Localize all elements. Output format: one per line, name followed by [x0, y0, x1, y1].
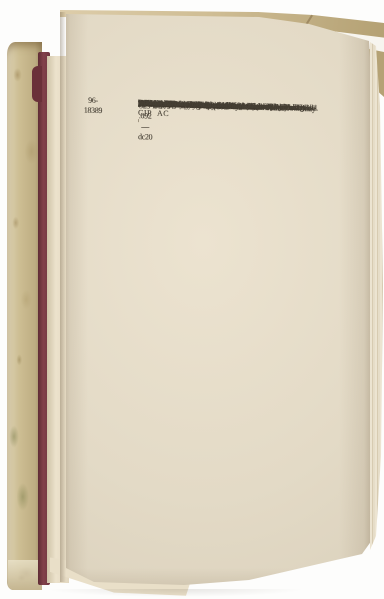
book-photo: Text copyright © 1996 by Rosa L. Parks J… [0, 0, 384, 599]
print-speck [138, 119, 139, 122]
loc-card-number: 96-18389 [84, 95, 102, 116]
maroon-board-bump [32, 66, 42, 102]
gutter-shadow [60, 12, 66, 582]
book-shadow [45, 589, 305, 597]
cover-board-edge [7, 42, 42, 590]
fore-edge-pages [370, 36, 384, 556]
cover-wear [8, 560, 42, 590]
colophon-page [64, 10, 373, 590]
